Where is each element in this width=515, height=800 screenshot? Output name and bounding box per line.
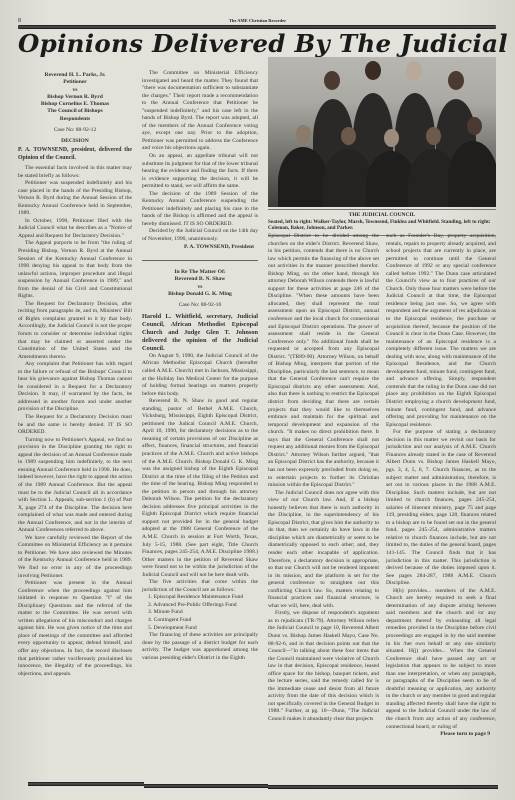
bottom-rule-right bbox=[268, 785, 498, 789]
case1-signature: P. A. TOWNSEND, President bbox=[142, 244, 258, 252]
paragraph: Firstly, we dispose of respondent's argu… bbox=[268, 610, 379, 723]
paragraph: The Judicial Council does not agree with… bbox=[268, 490, 379, 611]
paragraph: On August 9, 1990, the Judicial Council … bbox=[142, 353, 258, 398]
list-item: 5. Development Fund bbox=[142, 625, 258, 633]
paragraph: The five activities that come within the… bbox=[142, 579, 258, 594]
case2-petitioner: Reverend B. N. Shaw bbox=[142, 276, 258, 283]
activities-list: 1. Episcopal Residence Maintenance Fund … bbox=[142, 594, 258, 632]
column-2: The Committee on Ministerial Efficiency … bbox=[142, 70, 258, 662]
paragraph: Episcopal District to be divided among t… bbox=[268, 233, 379, 490]
newspaper-page: 8 The AME Christian Recorder Opinions De… bbox=[0, 0, 515, 800]
case1-respondent-1: Bishop Vernon R. Byrd bbox=[18, 94, 132, 101]
bottom-rule-middle bbox=[144, 784, 268, 788]
photo-caption-title: THE JUDICIAL COUNCIL bbox=[268, 212, 496, 219]
headline: Opinions Delivered By The Judicial Counc… bbox=[18, 29, 496, 58]
case-separator bbox=[142, 260, 258, 261]
paragraph: Reverend B. N. Shaw in good and regular … bbox=[142, 398, 258, 579]
paragraph: For the purpose of stating a declaratory… bbox=[386, 429, 496, 587]
case1-respondent-2: Bishop Cornelius E. Thomas bbox=[18, 101, 132, 108]
column-1: Reverend H. L. Parks, Jr. Petitioner vs … bbox=[18, 70, 132, 678]
column-4: such as Founder's Day, property acquisit… bbox=[386, 233, 496, 739]
case1-respondent-3: The Council of Bishops bbox=[18, 108, 132, 115]
paragraph: H(h) provides... members of the A.M.E. C… bbox=[386, 588, 496, 731]
paragraph: The Appeal purports to be from "the ruli… bbox=[18, 240, 132, 300]
column-3: Episcopal District to be divided among t… bbox=[268, 233, 379, 724]
judicial-council-photo bbox=[268, 57, 496, 207]
paragraph: The financing of these activities are pr… bbox=[142, 632, 258, 662]
list-item: 3. Minute Fund bbox=[142, 609, 258, 617]
paragraph: The Request for a Declaratory Decision m… bbox=[18, 414, 132, 437]
case1-respondent-role: Respondents bbox=[18, 116, 132, 123]
continued-notice: Please turn to page 9 bbox=[386, 731, 496, 739]
paragraph: Petitioner was present in the Annual Con… bbox=[18, 580, 132, 678]
case2-parties: In Re The Matter Of: Reverend B. N. Shaw… bbox=[142, 269, 258, 298]
list-item: 2. Advanced Pre-Public Offerings Fund bbox=[142, 602, 258, 610]
publication-title: The AME Christian Recorder bbox=[0, 18, 515, 23]
case2-respondent: Bishop Donald G. K. Ming bbox=[142, 291, 258, 298]
case2-matter-of: In Re The Matter Of: bbox=[142, 269, 258, 276]
paragraph: such as Founder's Day, property acquisit… bbox=[386, 233, 496, 429]
case2-delivered-by: Harold L. Whitfield, secretary, Judicial… bbox=[142, 313, 258, 353]
decision-heading: DECISION bbox=[18, 138, 132, 146]
paragraph: We have carefully reviewed the Report of… bbox=[18, 535, 132, 580]
case1-vs: vs bbox=[18, 87, 132, 94]
case2-vs: vs bbox=[142, 284, 258, 291]
photo-caption: THE JUDICIAL COUNCIL Seated, left to rig… bbox=[268, 209, 496, 236]
case1-delivered-by: P. A. TOWNSEND, president, delivered the… bbox=[18, 147, 132, 162]
paragraph: Turning now to Petitioner's Appeal, we f… bbox=[18, 437, 132, 535]
bottom-rule-left bbox=[28, 782, 144, 786]
photo-caption-text: Seated, left to right: Walker-Taylor, Ma… bbox=[268, 219, 496, 232]
case1-number: Case No: 88-92-12 bbox=[18, 127, 132, 135]
paragraph: Decided by the Judicial Council on the 1… bbox=[142, 228, 258, 243]
paragraph: The essential facts involved in this mat… bbox=[18, 165, 132, 180]
list-item: 1. Episcopal Residence Maintenance Fund bbox=[142, 594, 258, 602]
paragraph: On an appeal, an appellate tribunal will… bbox=[142, 153, 258, 191]
paragraph: The Request for Declaratory Decision, af… bbox=[18, 301, 132, 361]
paragraph: The decision of the 1989 Session of the … bbox=[142, 191, 258, 229]
case1-parties: Reverend H. L. Parks, Jr. Petitioner vs … bbox=[18, 72, 132, 123]
paragraph: Any complaint that Petitioner has with r… bbox=[18, 361, 132, 414]
paragraph: Petitioner was suspended indefinitely an… bbox=[18, 180, 132, 218]
paragraph: In October, 1990, Petitioner filed with … bbox=[18, 218, 132, 241]
paragraph: The Committee on Ministerial Efficiency … bbox=[142, 70, 258, 153]
list-item: 4. Contingent Fund bbox=[142, 617, 258, 625]
case2-number: Case No: 88-92-10 bbox=[142, 302, 258, 310]
case1-petitioner-role: Petitioner bbox=[18, 79, 132, 86]
case1-petitioner: Reverend H. L. Parks, Jr. bbox=[18, 72, 132, 79]
